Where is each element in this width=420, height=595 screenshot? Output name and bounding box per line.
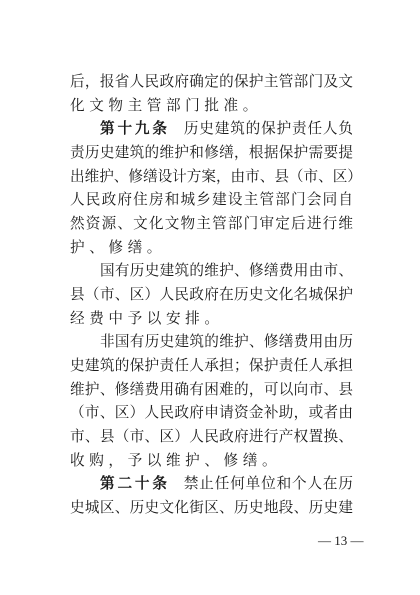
text-line: 县（市、区）人民政府在历史文化名城保护: [70, 283, 353, 307]
article-20-heading-line: 第二十条禁止任何单位和个人在历: [70, 472, 353, 496]
page-number: — 13 —: [318, 533, 354, 549]
article-text: 历史建筑的保护责任人负: [184, 120, 353, 137]
text-line: 然资源、文化文物主管部门审定后进行维: [70, 212, 353, 236]
text-line: 责历史建筑的维护和修缮，根据保护需要提: [70, 141, 353, 165]
text-line: 经费中予以安排。: [70, 307, 353, 331]
text-line: 史建筑的保护责任人承担；保护责任人承担: [70, 354, 353, 378]
article-19-heading-line: 第十九条历史建筑的保护责任人负: [70, 117, 353, 141]
text-line: 史城区、历史文化街区、历史地段、历史建: [70, 496, 353, 520]
text-line: 化文物主管部门批准。: [70, 94, 353, 118]
text-line: 市、县（市、区）人民政府进行产权置换、: [70, 425, 353, 449]
text-line: 收购，予以维护、修缮。: [70, 449, 353, 473]
article-number: 第十九条: [100, 120, 170, 137]
paragraph-start-line: 国有历史建筑的维护、修缮费用由市、: [70, 259, 353, 283]
text-line: 护、修缮。: [70, 236, 353, 260]
body-text: 后，报省人民政府确定的保护主管部门及文 化文物主管部门批准。 第十九条历史建筑的…: [70, 70, 353, 519]
text-line: 人民政府住房和城乡建设主管部门会同自: [70, 188, 353, 212]
document-page: 后，报省人民政府确定的保护主管部门及文 化文物主管部门批准。 第十九条历史建筑的…: [0, 0, 420, 595]
text-line: 维护、修缮费用确有困难的，可以向市、县: [70, 378, 353, 402]
text-line: （市、区）人民政府申请资金补助，或者由: [70, 401, 353, 425]
article-text: 禁止任何单位和个人在历: [184, 475, 353, 492]
paragraph-start-line: 非国有历史建筑的维护、修缮费用由历: [70, 330, 353, 354]
text-line: 出维护、修缮设计方案，由市、县（市、区）: [70, 165, 353, 189]
article-number: 第二十条: [100, 475, 170, 492]
text-line: 后，报省人民政府确定的保护主管部门及文: [70, 70, 353, 94]
